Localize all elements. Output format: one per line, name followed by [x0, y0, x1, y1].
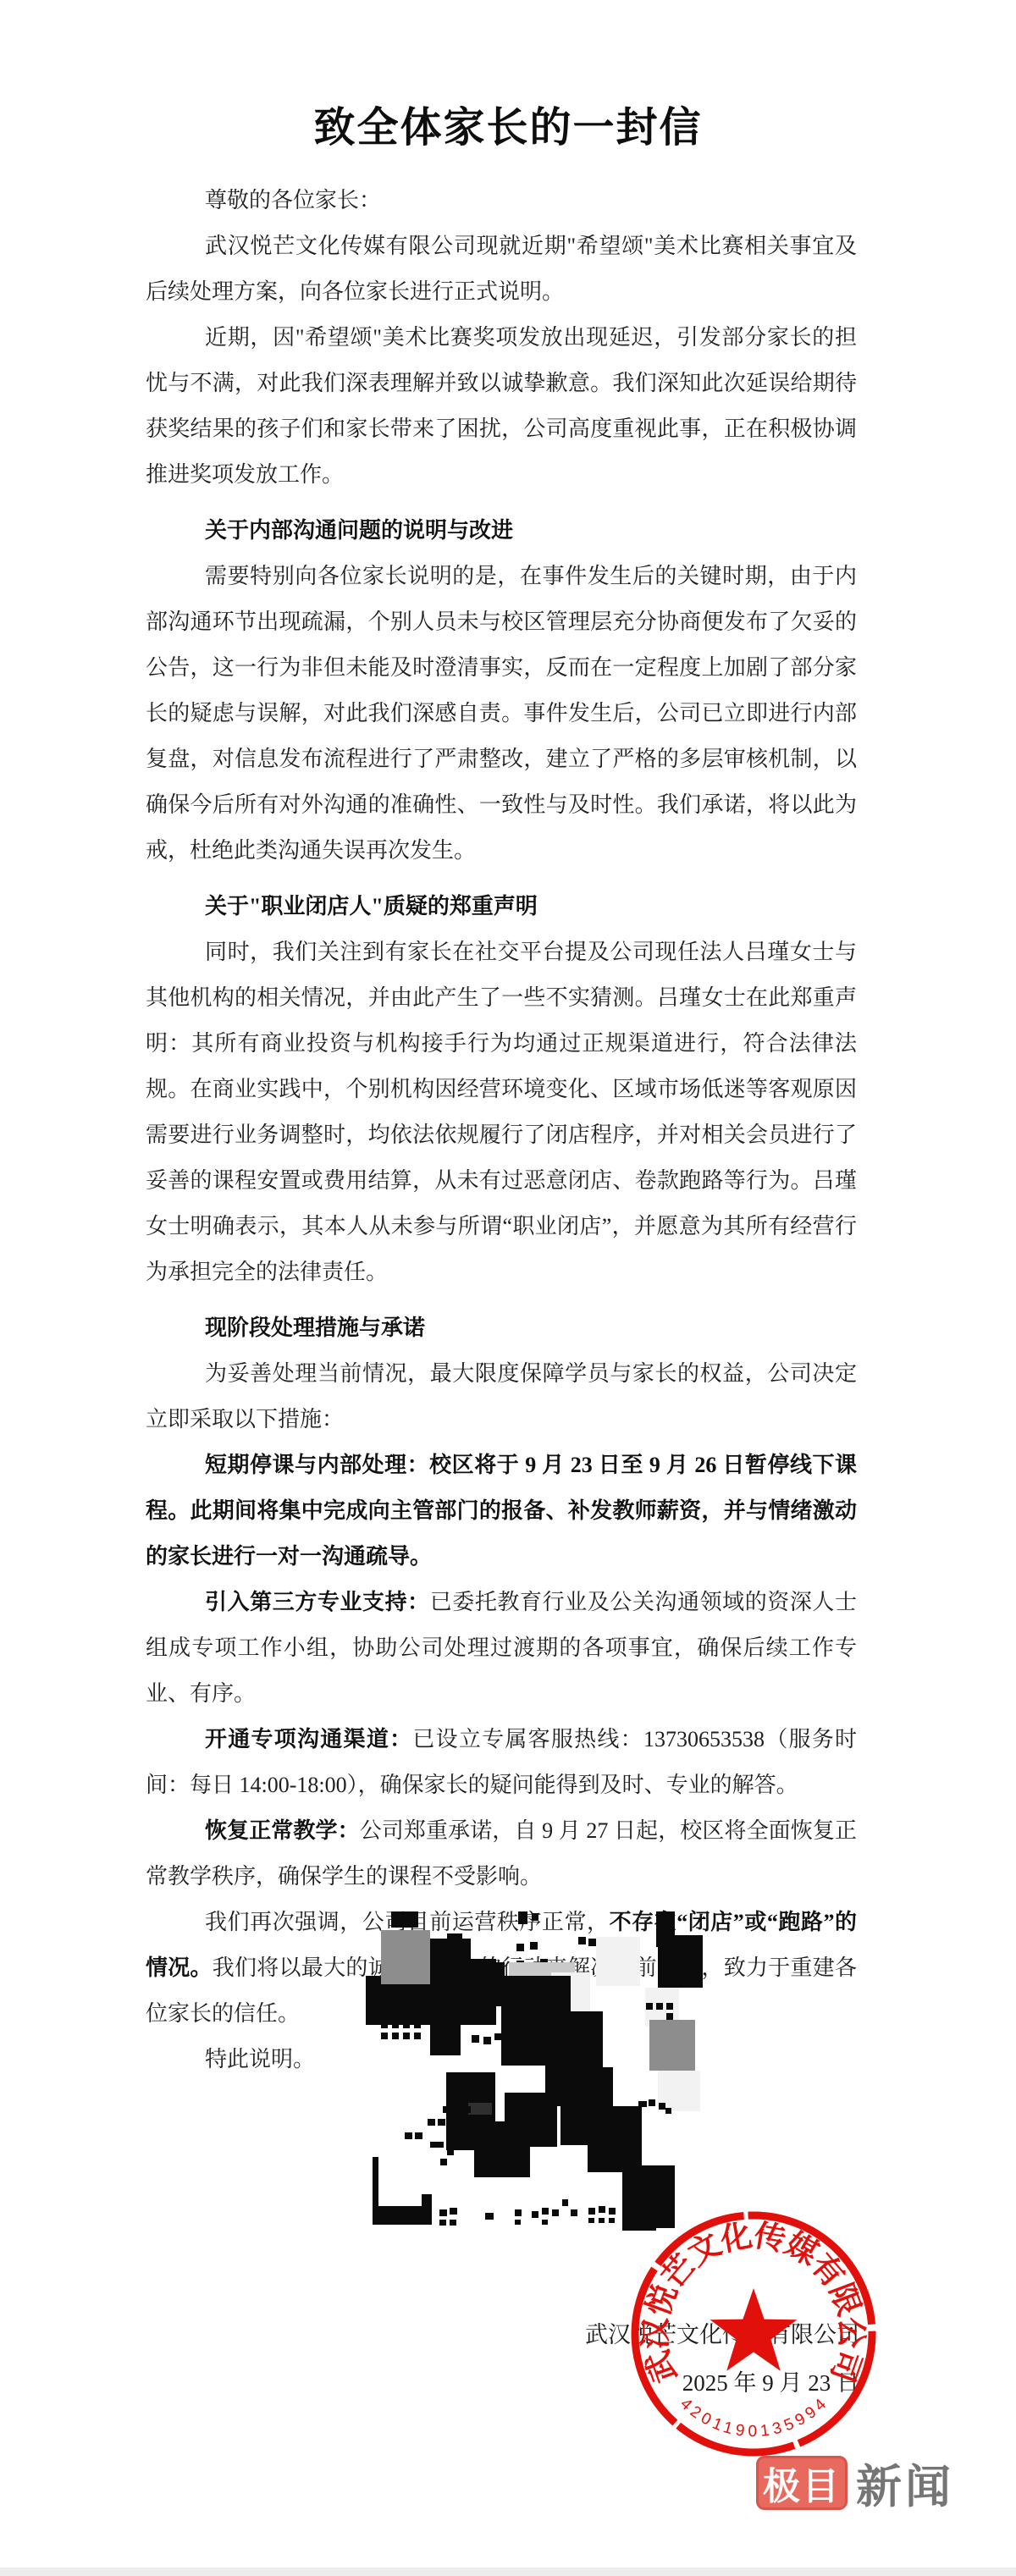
glitch-block — [381, 1930, 430, 1984]
footer-strip — [0, 2568, 1016, 2576]
glitch-block — [422, 2194, 432, 2216]
glitch-block — [518, 1911, 527, 1924]
glitch-graphic — [366, 1911, 704, 2231]
glitch-block — [483, 2037, 491, 2044]
glitch-block — [450, 2220, 456, 2226]
glitch-block — [485, 2213, 494, 2220]
text-segment: 现阶段处理措施与承诺 — [205, 1316, 425, 1340]
glitch-block — [463, 2106, 471, 2113]
glitch-block — [646, 2003, 653, 2010]
glitch-block — [649, 2099, 655, 2106]
glitch-block — [439, 2220, 446, 2226]
letter-body: 尊敬的各位家长：武汉悦芒文化传媒有限公司现就近期"希望颂"美术比赛相关事宜及后续… — [146, 178, 857, 2082]
glitch-block — [403, 2000, 410, 2006]
text-segment: 开通专项沟通渠道： — [205, 1727, 412, 1751]
glitch-block — [448, 2121, 456, 2127]
glitch-block — [381, 2000, 388, 2006]
text-segment: 尊敬的各位家长： — [205, 188, 381, 212]
paragraph: 开通专项沟通渠道：已设立专属客服热线：13730653538（服务时间：每日 1… — [146, 1717, 857, 1808]
glitch-block — [414, 2022, 421, 2028]
glitch-block — [415, 2132, 422, 2139]
page: { "title": "致全体家长的一封信", "letter": { "par… — [0, 0, 1016, 2576]
glitch-block — [505, 2093, 557, 2147]
text-segment: 武汉悦芒文化传媒有限公司现就近期"希望颂"美术比赛相关事宜及后续处理方案，向各位… — [146, 234, 857, 304]
paragraph: 武汉悦芒文化传媒有限公司现就近期"希望颂"美术比赛相关事宜及后续处理方案，向各位… — [146, 223, 857, 315]
paragraph: 近期，因"希望颂"美术比赛奖项发放出现延迟，引发部分家长的担忧与不满，对此我们深… — [146, 315, 857, 498]
glitch-block — [468, 2103, 492, 2115]
glitch-block — [588, 1939, 596, 1946]
glitch-block — [392, 2022, 399, 2028]
glitch-block — [609, 2218, 615, 2223]
glitch-block — [532, 2211, 538, 2218]
glitch-block — [430, 1939, 471, 1991]
glitch-block — [440, 2159, 447, 2165]
text-segment: 短期停课与内部处理：校区将于 9 月 23 日至 9 月 26 日暂停线下课程。… — [146, 1453, 857, 1569]
glitch-block — [649, 2020, 695, 2071]
glitch-block — [392, 2033, 399, 2039]
press-suffix-text: 新闻 — [856, 2451, 954, 2516]
glitch-block — [403, 2033, 410, 2039]
glitch-block — [450, 2208, 457, 2215]
glitch-block — [542, 2220, 548, 2225]
section-heading: 关于内部沟通问题的说明与改进 — [146, 508, 857, 554]
text-segment: 引入第三方专业支持： — [205, 1590, 430, 1614]
glitch-block — [656, 2003, 663, 2010]
glitch-block — [430, 2142, 444, 2148]
glitch-block — [562, 2199, 568, 2206]
glitch-block — [530, 1942, 538, 1950]
press-badge: 极目 — [756, 2456, 848, 2510]
glitch-block — [658, 1935, 703, 1988]
glitch-block — [392, 2011, 399, 2017]
glitch-block — [588, 2208, 595, 2215]
glitch-block — [405, 2132, 412, 2139]
glitch-block — [599, 2206, 605, 2213]
paragraph: 引入第三方专业支持：已委托教育行业及公关沟通领域的资深人士组成专项工作小组，协助… — [146, 1580, 857, 1717]
glitch-block — [666, 2013, 673, 2020]
glitch-block — [381, 2011, 388, 2017]
glitch-block — [391, 1911, 418, 1928]
glitch-block — [392, 2000, 399, 2006]
glitch-block — [439, 2209, 447, 2216]
text-segment: 同时，我们关注到有家长在社交平台提及公司现任法人吕瑾女士与其他机构的相关情况，并… — [146, 940, 857, 1284]
glitch-block — [665, 2108, 671, 2114]
glitch-block — [542, 2208, 549, 2215]
press-badge-text: 极目 — [763, 2456, 841, 2510]
paragraph: 短期停课与内部处理：校区将于 9 月 23 日至 9 月 26 日暂停线下课程。… — [146, 1442, 857, 1580]
text-segment: 需要特别向各位家长说明的是，在事件发生后的关键时期，由于内部沟通环节出现疏漏，个… — [146, 564, 857, 863]
seal-star-icon — [710, 2288, 798, 2371]
paragraph: 需要特别向各位家长说明的是，在事件发生后的关键时期，由于内部沟通环节出现疏漏，个… — [146, 554, 857, 874]
glitch-block — [381, 2033, 388, 2039]
text-segment: 近期，因"希望颂"美术比赛奖项发放出现延迟，引发部分家长的担忧与不满，对此我们深… — [146, 325, 857, 487]
page-title: 致全体家长的一封信 — [0, 95, 1016, 154]
glitch-block — [403, 2022, 410, 2028]
glitch-block — [578, 1937, 586, 1944]
glitch-block — [494, 2033, 501, 2040]
glitch-block — [666, 2003, 673, 2010]
glitch-block — [403, 2011, 410, 2017]
text-segment: 为妥善处理当前情况，最大限度保障学员与家长的权益，公司决定立即采取以下措施： — [146, 1361, 857, 1431]
glitch-block — [516, 1944, 524, 1951]
glitch-block — [472, 2035, 479, 2043]
glitch-block — [588, 2106, 642, 2172]
press-logo: 极目 新闻 — [756, 2455, 954, 2511]
paragraph: 为妥善处理当前情况，最大限度保障学员与家长的权益，公司决定立即采取以下措施： — [146, 1351, 857, 1442]
text-segment: 关于内部沟通问题的说明与改进 — [205, 518, 513, 543]
glitch-block — [438, 2119, 445, 2126]
paragraph: 尊敬的各位家长： — [146, 178, 857, 223]
glitch-block — [599, 2218, 605, 2223]
seal-serial-number: 4201190135994 — [676, 2395, 831, 2441]
glitch-block — [428, 2119, 435, 2126]
glitch-block — [430, 2010, 461, 2055]
section-heading: 关于"职业闭店人"质疑的郑重声明 — [146, 884, 857, 929]
glitch-block — [659, 2103, 665, 2110]
text-segment: 关于"职业闭店人"质疑的郑重声明 — [205, 894, 538, 918]
glitch-block — [571, 2209, 577, 2216]
glitch-block — [443, 2106, 450, 2113]
glitch-block — [609, 2208, 616, 2215]
text-segment: 恢复正常教学： — [205, 1818, 360, 1843]
glitch-block — [453, 2104, 461, 2111]
glitch-block — [552, 2209, 559, 2216]
section-heading: 现阶段处理措施与承诺 — [146, 1305, 857, 1351]
glitch-block — [596, 1937, 640, 1986]
glitch-block — [373, 2157, 378, 2213]
paragraph: 同时，我们关注到有家长在社交平台提及公司现任法人吕瑾女士与其他机构的相关情况，并… — [146, 929, 857, 1295]
glitch-block — [447, 2147, 454, 2155]
glitch-block — [588, 2218, 594, 2223]
glitch-block — [381, 2022, 388, 2028]
paragraph: 恢复正常教学：公司郑重承诺，自 9 月 27 日起，校区将全面恢复正常教学秩序，… — [146, 1808, 857, 1900]
text-segment: 特此说明。 — [205, 2047, 315, 2071]
glitch-block — [515, 2220, 521, 2225]
company-seal: 武汉悦芒文化传媒有限公司 4201190135994 — [624, 2204, 883, 2463]
glitch-block — [414, 2033, 421, 2039]
glitch-block — [638, 2101, 647, 2107]
glitch-block — [532, 1913, 538, 1921]
glitch-block — [515, 2209, 522, 2216]
